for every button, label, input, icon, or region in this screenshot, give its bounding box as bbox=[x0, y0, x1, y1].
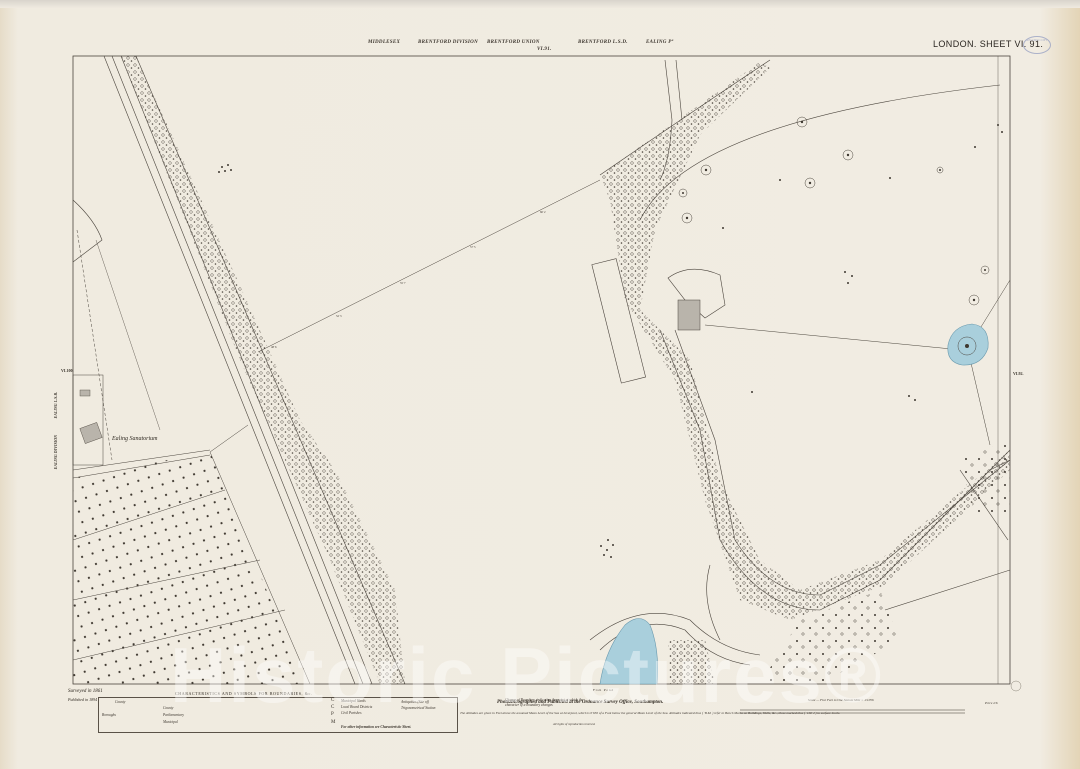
svg-text:55·7: 55·7 bbox=[400, 281, 406, 285]
legend-title: CHARACTERISTICS AND SYMBOLS FOR BOUNDARI… bbox=[175, 691, 312, 696]
legend-trig: Trigonometrical Station bbox=[401, 706, 456, 711]
scale-title: Scale — Five Feet to One Statute Mile = … bbox=[808, 698, 874, 702]
legend-letter: C bbox=[331, 698, 334, 703]
avenue-trees bbox=[600, 62, 1010, 620]
orchard bbox=[73, 452, 305, 684]
field-boundary bbox=[258, 180, 600, 352]
building bbox=[80, 390, 90, 396]
legend-parishes: Civil Parishes bbox=[341, 711, 361, 716]
legend-county: County bbox=[115, 700, 125, 705]
boundary-legend: County Boroughs County Parliamentary Mun… bbox=[98, 697, 458, 733]
svg-text:48·6: 48·6 bbox=[271, 345, 277, 349]
legend-letter: M bbox=[331, 720, 335, 725]
svg-text:52·3: 52·3 bbox=[336, 314, 342, 318]
legend-wards: Municipal Wards bbox=[341, 699, 366, 704]
svg-text:60·2: 60·2 bbox=[540, 210, 546, 214]
surveyed-date: Surveyed in 1861 bbox=[68, 689, 103, 694]
specimen-trees bbox=[679, 117, 989, 305]
map-drawing: 48·652·3 55·757·560·2 bbox=[0, 0, 1080, 769]
fish-pond bbox=[600, 619, 658, 685]
label-fish-pond: Fish Pond bbox=[593, 688, 614, 692]
label-ealing-sanatorium: Ealing Sanatorium bbox=[112, 436, 158, 442]
published-date: Published in 1894 bbox=[68, 697, 97, 702]
legend-borough-parliamentary: Parliamentary bbox=[163, 713, 184, 718]
sanatorium-grounds bbox=[73, 375, 103, 465]
rights-note: All rights of reproduction reserved. bbox=[553, 722, 595, 726]
legend-antiquities: Antiquities (Site of) bbox=[401, 700, 456, 705]
altitude-note: The Altitudes are given in Feet above th… bbox=[460, 711, 890, 716]
corner-stamp bbox=[1011, 681, 1021, 691]
sanatorium-building bbox=[80, 422, 102, 443]
legend-boroughs: Boroughs bbox=[102, 713, 116, 718]
legend-borough-municipal: Municipal bbox=[163, 720, 178, 725]
mansion bbox=[668, 269, 725, 330]
legend-borough-county: County bbox=[163, 706, 173, 711]
price-ref: Price 2/6 bbox=[985, 701, 998, 705]
svg-text:57·5: 57·5 bbox=[470, 245, 476, 249]
legend-lbd: Local Board Districts bbox=[341, 705, 372, 710]
publication-note: Photozincographed and Published at the O… bbox=[497, 700, 663, 705]
map-sheet: MIDDLESEX BRENTFORD DIVISION BRENTFORD U… bbox=[0, 0, 1080, 769]
tree-cluster bbox=[218, 164, 232, 173]
legend-letter: C bbox=[331, 705, 334, 710]
legend-footer-note: For other information see Characteristic… bbox=[341, 725, 411, 730]
legend-letter: P bbox=[331, 712, 334, 717]
